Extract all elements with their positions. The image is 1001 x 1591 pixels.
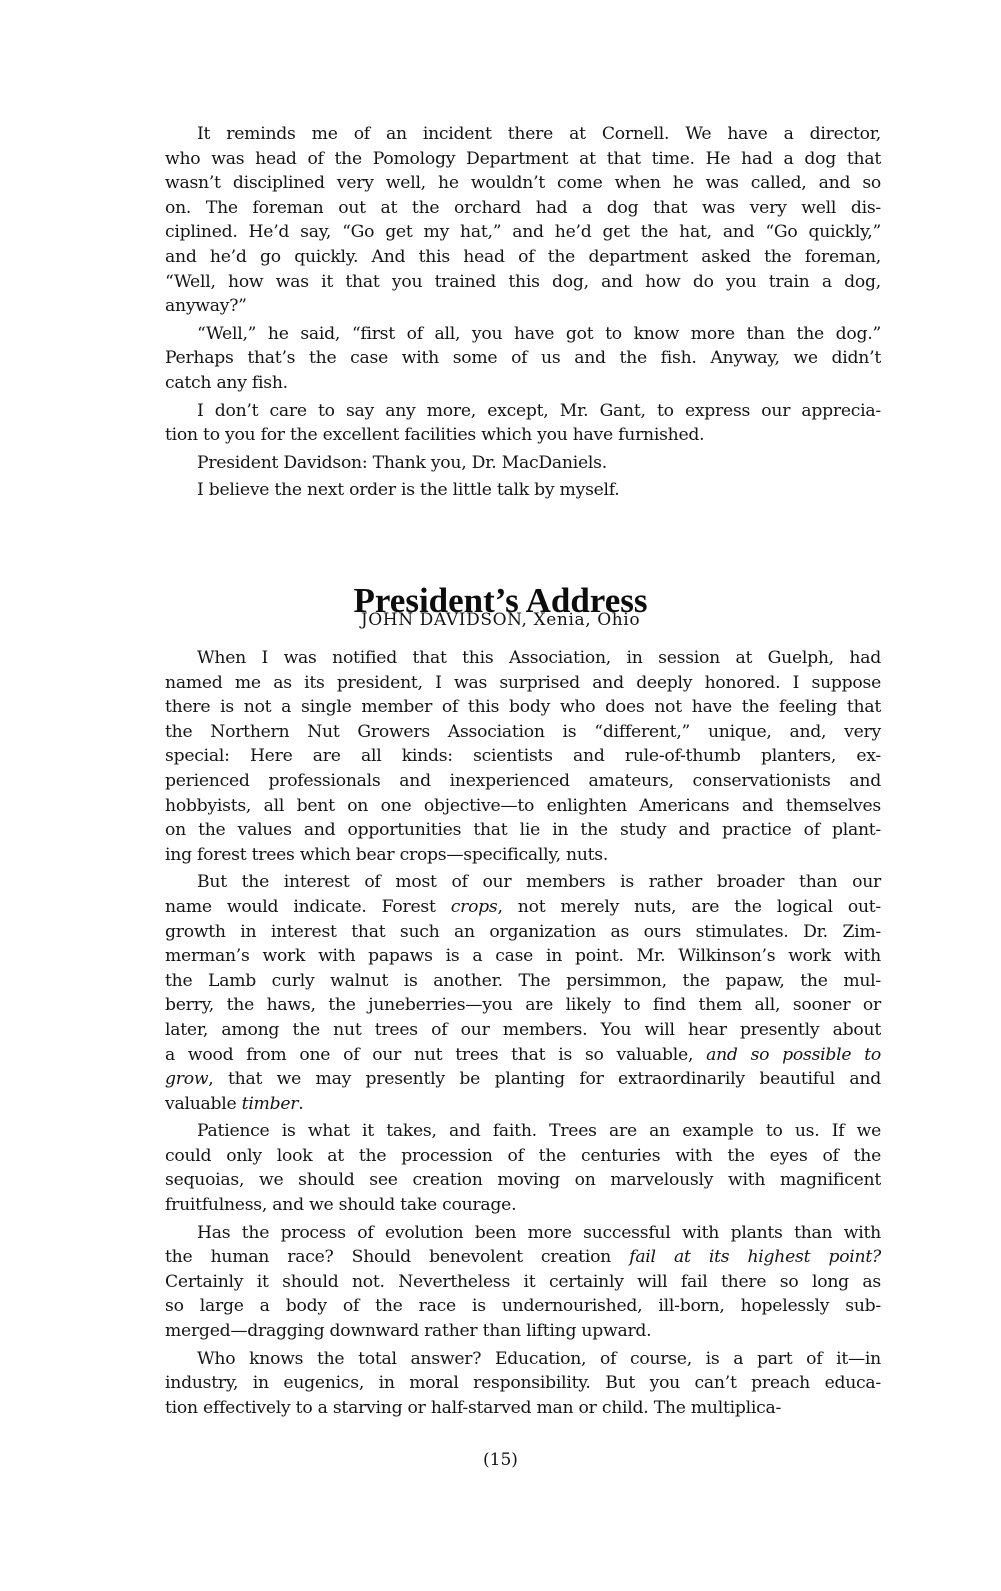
text-line: sequoias, we should see creation moving … <box>133 1168 881 1193</box>
text-line: the human race? Should benevolent creati… <box>133 1245 881 1270</box>
text-line: named me as its president, I was surpris… <box>133 671 881 696</box>
text-line: there is not a single member of this bod… <box>133 695 881 720</box>
page-number: (15) <box>0 1448 1001 1472</box>
text-line: Perhaps that’s the case with some of us … <box>133 346 881 371</box>
text-line: so large a body of the race is undernour… <box>133 1294 881 1319</box>
text-line: the Lamb curly walnut is another. The pe… <box>133 969 881 994</box>
text-line: But the interest of most of our members … <box>133 870 881 895</box>
paragraph: “Well,” he said, “first of all, you have… <box>133 322 881 396</box>
text-line: the Northern Nut Growers Association is … <box>133 720 881 745</box>
text-line: “Well, how was it that you trained this … <box>133 270 881 295</box>
text-line: tion to you for the excellent facilities… <box>133 423 881 448</box>
text-line: I don’t care to say any more, except, Mr… <box>133 399 881 424</box>
italic-emphasis: crops <box>451 897 498 917</box>
text-line: growth in interest that such an organiza… <box>133 920 881 945</box>
text-line: fruitfulness, and we should take courage… <box>133 1193 881 1218</box>
author-byline: JOHN DAVIDSON, Xenia, Ohio <box>0 608 1001 632</box>
text-line: ing forest trees which bear crops—specif… <box>133 843 881 868</box>
text-line: “Well,” he said, “first of all, you have… <box>133 322 881 347</box>
paragraph: Patience is what it takes, and faith. Tr… <box>133 1119 881 1217</box>
text-line: special: Here are all kinds: scientists … <box>133 744 881 769</box>
paragraph: I believe the next order is the little t… <box>133 478 881 503</box>
text-line: a wood from one of our nut trees that is… <box>133 1043 881 1068</box>
text-line: It reminds me of an incident there at Co… <box>133 122 881 147</box>
text-line: catch any fish. <box>133 371 881 396</box>
text-line: merged—dragging downward rather than lif… <box>133 1319 881 1344</box>
paragraph: I don’t care to say any more, except, Mr… <box>133 399 881 448</box>
italic-emphasis: fail at its highest point? <box>629 1247 881 1267</box>
paragraph: President Davidson: Thank you, Dr. MacDa… <box>133 451 881 476</box>
text-line: merman’s work with papaws is a case in p… <box>133 944 881 969</box>
text-line: could only look at the procession of the… <box>133 1144 881 1169</box>
text-line: and he’d go quickly. And this head of th… <box>133 245 881 270</box>
text-line: name would indicate. Forest crops, not m… <box>133 895 881 920</box>
text-line: valuable timber. <box>133 1092 881 1117</box>
paragraph: When I was notified that this Associatio… <box>133 646 881 867</box>
text-line: Has the process of evolution been more s… <box>133 1221 881 1246</box>
text-line: hobbyists, all bent on one objective—to … <box>133 794 881 819</box>
text-line: on the values and opportunities that lie… <box>133 818 881 843</box>
text-line: Patience is what it takes, and faith. Tr… <box>133 1119 881 1144</box>
text-line: who was head of the Pomology Department … <box>133 147 881 172</box>
text-line: later, among the nut trees of our member… <box>133 1018 881 1043</box>
text-line: Who knows the total answer? Education, o… <box>133 1347 881 1372</box>
paragraph: It reminds me of an incident there at Co… <box>133 122 881 319</box>
preceding-discussion: It reminds me of an incident there at Co… <box>133 122 881 503</box>
presidents-address-body: When I was notified that this Associatio… <box>133 646 881 1420</box>
text-line: tion effectively to a starving or half-s… <box>133 1396 881 1421</box>
text-line: grow, that we may presently be planting … <box>133 1067 881 1092</box>
text-line: Certainly it should not. Nevertheless it… <box>133 1270 881 1295</box>
text-line: anyway?” <box>133 294 881 319</box>
paragraph: Has the process of evolution been more s… <box>133 1221 881 1344</box>
text-line: berry, the haws, the juneberries—you are… <box>133 993 881 1018</box>
paragraph: But the interest of most of our members … <box>133 870 881 1116</box>
text-line: ciplined. He’d say, “Go get my hat,” and… <box>133 220 881 245</box>
italic-emphasis: and so possible to <box>706 1045 881 1065</box>
text-line: on. The foreman out at the orchard had a… <box>133 196 881 221</box>
text-line: industry, in eugenics, in moral responsi… <box>133 1371 881 1396</box>
text-line: perienced professionals and inexperience… <box>133 769 881 794</box>
text-line: President Davidson: Thank you, Dr. MacDa… <box>133 451 881 476</box>
paragraph: Who knows the total answer? Education, o… <box>133 1347 881 1421</box>
italic-emphasis: timber <box>242 1094 299 1114</box>
text-line: wasn’t disciplined very well, he wouldn’… <box>133 171 881 196</box>
italic-emphasis: grow <box>165 1069 208 1089</box>
text-line: When I was notified that this Associatio… <box>133 646 881 671</box>
text-line: I believe the next order is the little t… <box>133 478 881 503</box>
